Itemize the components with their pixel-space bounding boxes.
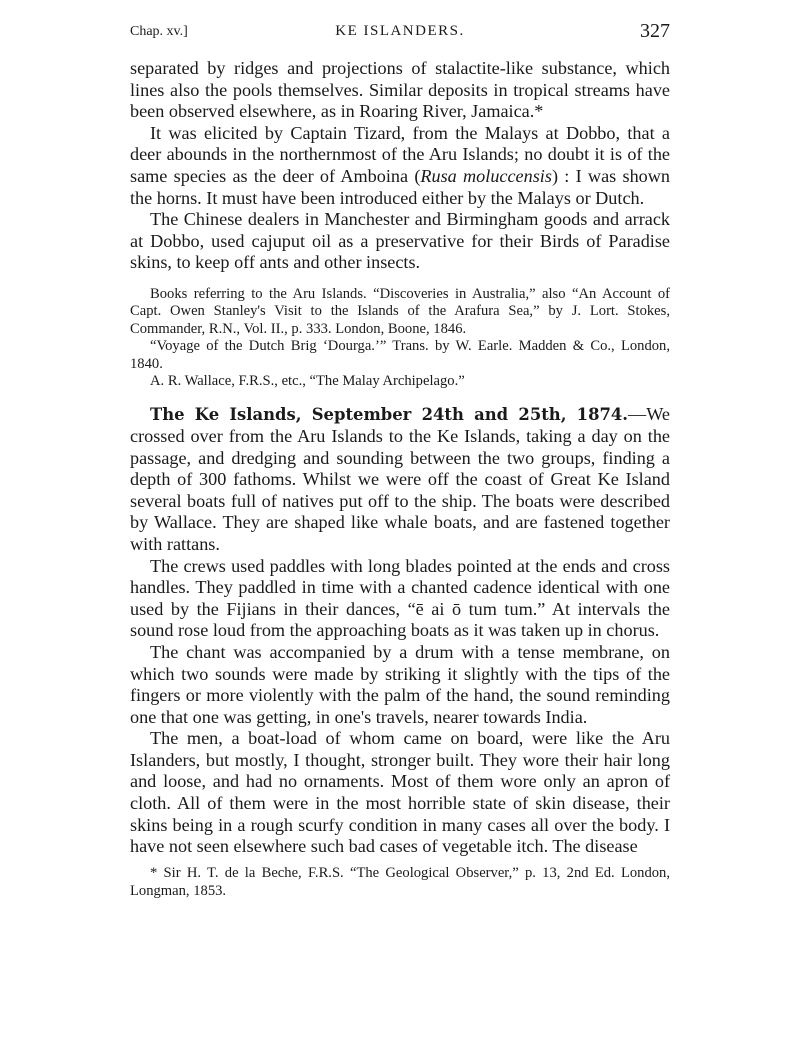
- books-reference-block: Books referring to the Aru Islands. “Dis…: [130, 286, 670, 390]
- paragraph-deer: It was elicited by Captain Tizard, from …: [130, 123, 670, 209]
- page-body: separated by ridges and projections of s…: [130, 58, 670, 900]
- paragraph-chinese-dealers: The Chinese dealers in Manchester and Bi…: [130, 209, 670, 274]
- footnote: * Sir H. T. de la Beche, F.R.S. “The Geo…: [130, 864, 670, 900]
- footnote-text: * Sir H. T. de la Beche, F.R.S. “The Geo…: [130, 864, 670, 900]
- page-number: 327: [640, 20, 670, 43]
- section-paragraph: The Ke Islands, September 24th and 25th,…: [130, 404, 670, 555]
- paragraph-continuation: separated by ridges and projections of s…: [130, 58, 670, 123]
- book-reference: Books referring to the Aru Islands. “Dis…: [130, 286, 670, 338]
- book-reference: “Voyage of the Dutch Brig ‘Dourga.’” Tra…: [130, 338, 670, 373]
- section-paragraph: The chant was accompanied by a drum with…: [130, 642, 670, 728]
- running-header: Chap. xv.] KE ISLANDERS. 327: [130, 20, 670, 50]
- section-paragraph: The men, a boat-load of whom came on boa…: [130, 728, 670, 858]
- book-reference: A. R. Wallace, F.R.S., etc., “The Malay …: [130, 373, 670, 390]
- section-paragraph: The crews used paddles with long blades …: [130, 556, 670, 642]
- section-ke-islands: The Ke Islands, September 24th and 25th,…: [130, 404, 670, 857]
- section-heading: The Ke Islands, September 24th and 25th,…: [150, 405, 628, 424]
- species-name: Rusa moluccensis: [420, 166, 552, 186]
- running-title: KE ISLANDERS.: [130, 23, 670, 40]
